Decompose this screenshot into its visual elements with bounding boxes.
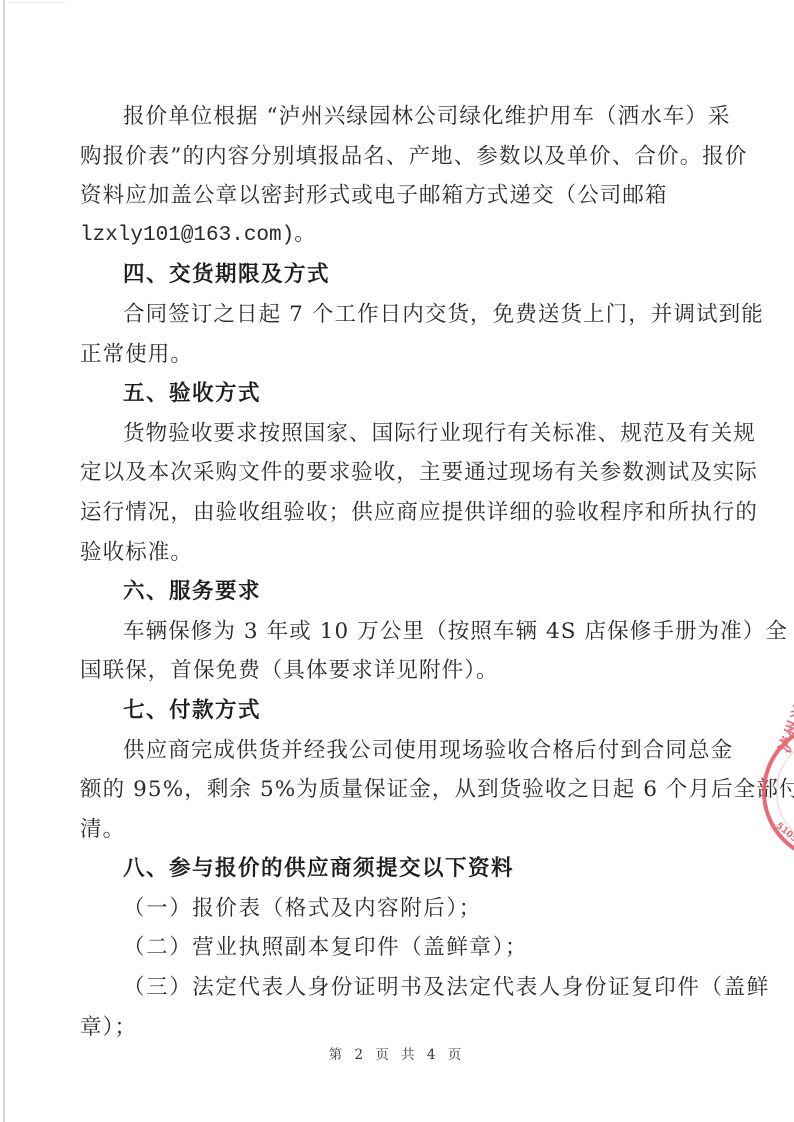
paragraph-line: 运行情况，由验收组验收；供应商应提供详细的验收程序和所执行的 bbox=[80, 493, 720, 533]
paragraph-line: 车辆保修为 3 年或 10 万公里（按照车辆 4S 店保修手册为准）全 bbox=[80, 612, 720, 652]
document-body: 报价单位根据 “泸州兴绿园林公司绿化维护用车（洒水车）采 购报价表”的内容分别填… bbox=[80, 97, 720, 1047]
page-number-footer: 第 2 页 共 4 页 bbox=[0, 1043, 794, 1063]
section-heading: 七、付款方式 bbox=[80, 691, 720, 731]
list-item: （二）营业执照副本复印件（盖鲜章）； bbox=[80, 928, 720, 968]
paragraph-line: 验收标准。 bbox=[80, 533, 720, 573]
seal-text: 泸州兴绿 bbox=[772, 684, 794, 756]
list-item: （三）法定代表人身份证明书及法定代表人身份证复印件（盖鲜 bbox=[80, 968, 720, 1008]
paragraph-line: 报价单位根据 “泸州兴绿园林公司绿化维护用车（洒水车）采 bbox=[80, 97, 720, 137]
section-heading: 八、参与报价的供应商须提交以下资料 bbox=[80, 849, 720, 889]
scan-top-mark bbox=[8, 2, 66, 3]
section-service: 六、服务要求 车辆保修为 3 年或 10 万公里（按照车辆 4S 店保修手册为准… bbox=[80, 572, 720, 691]
scan-left-edge bbox=[3, 0, 5, 1122]
paragraph-line: 货物验收要求按照国家、国际行业现行有关标准、规范及有关规 bbox=[80, 414, 720, 454]
list-item-continuation: 章）； bbox=[80, 1008, 720, 1048]
company-seal-stamp: 泸州兴绿 5105 bbox=[762, 722, 794, 862]
paragraph-line: 定以及本次采购文件的要求验收，主要通过现场有关参数测试及实际 bbox=[80, 453, 720, 493]
paragraph-line: 供应商完成供货并经我公司使用现场验收合格后付到合同总金 bbox=[80, 731, 720, 771]
section-required-materials: 八、参与报价的供应商须提交以下资料 （一）报价表（格式及内容附后）； （二）营业… bbox=[80, 849, 720, 1047]
paragraph-line: 额的 95%，剩余 5%为质量保证金，从到货验收之日起 6 个月后全部付 bbox=[80, 770, 720, 810]
section-delivery: 四、交货期限及方式 合同签订之日起 7 个工作日内交货，免费送货上门，并调试到能… bbox=[80, 255, 720, 374]
paragraph-line: 国联保，首保免费（具体要求详见附件）。 bbox=[80, 651, 720, 691]
email-line: lzxly101@163.com)。 bbox=[80, 216, 720, 256]
paragraph-line: 资料应加盖公章以密封形式或电子邮箱方式递交（公司邮箱 bbox=[80, 176, 720, 216]
section-heading: 四、交货期限及方式 bbox=[80, 255, 720, 295]
list-item: （一）报价表（格式及内容附后）； bbox=[80, 889, 720, 929]
quote-submission-paragraph: 报价单位根据 “泸州兴绿园林公司绿化维护用车（洒水车）采 购报价表”的内容分别填… bbox=[80, 97, 720, 255]
section-payment: 七、付款方式 供应商完成供货并经我公司使用现场验收合格后付到合同总金 额的 95… bbox=[80, 691, 720, 849]
paragraph-line: 正常使用。 bbox=[80, 335, 720, 375]
section-heading: 五、验收方式 bbox=[80, 374, 720, 414]
paragraph-line: 购报价表”的内容分别填报品名、产地、参数以及单价、合价。报价 bbox=[80, 137, 720, 177]
section-heading: 六、服务要求 bbox=[80, 572, 720, 612]
section-acceptance: 五、验收方式 货物验收要求按照国家、国际行业现行有关标准、规范及有关规 定以及本… bbox=[80, 374, 720, 572]
paragraph-line: 清。 bbox=[80, 810, 720, 850]
paragraph-line: 合同签订之日起 7 个工作日内交货，免费送货上门，并调试到能 bbox=[80, 295, 720, 335]
